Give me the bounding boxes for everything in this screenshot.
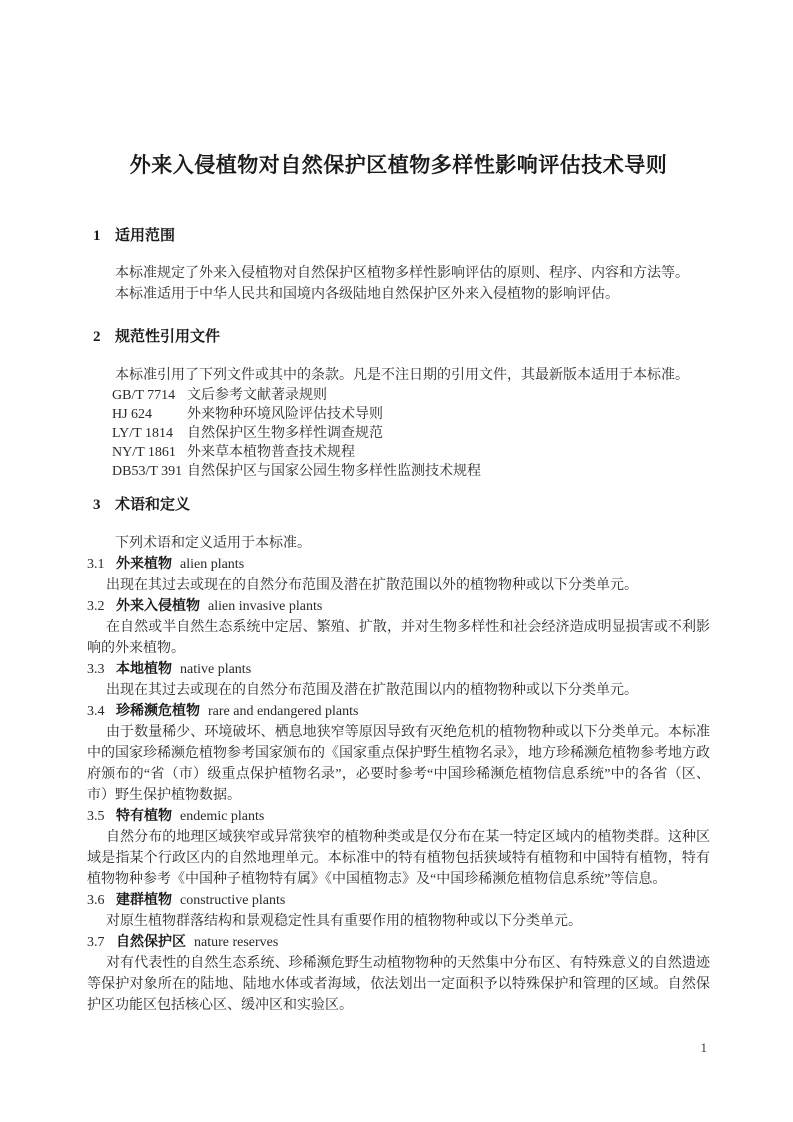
term-definition: 出现在其过去或现在的自然分布范围及潜在扩散范围以外的植物物种或以下分类单元。 xyxy=(87,575,710,596)
term-zh: 本地植物 xyxy=(116,662,172,677)
term-number: 3.2 xyxy=(87,596,116,617)
document-page: 外来入侵植物对自然保护区植物多样性影响评估技术导则 1适用范围 本标准规定了外来… xyxy=(0,0,793,1122)
term-number: 3.5 xyxy=(87,806,116,827)
reference-title: 文后参考文献著录规则 xyxy=(187,386,710,405)
term-zh: 建群植物 xyxy=(116,893,172,908)
term-definition: 对原生植物群落结构和景观稳定性具有重要作用的植物物种或以下分类单元。 xyxy=(87,911,710,932)
section-3-heading: 3术语和定义 xyxy=(87,495,710,516)
reference-code: LY/T 1814 xyxy=(112,424,187,443)
term-zh: 外来入侵植物 xyxy=(116,599,200,614)
term-zh: 珍稀濒危植物 xyxy=(116,704,200,719)
reference-title: 自然保护区生物多样性调查规范 xyxy=(187,424,710,443)
term-en: constructive plants xyxy=(180,893,285,908)
reference-row: GB/T 7714 文后参考文献著录规则 xyxy=(112,386,710,405)
section-2-title: 规范性引用文件 xyxy=(115,329,220,345)
term-definition: 出现在其过去或现在的自然分布范围及潜在扩散范围以内的植物物种或以下分类单元。 xyxy=(87,680,710,701)
term-en: alien invasive plants xyxy=(208,599,322,614)
term-en: endemic plants xyxy=(180,809,264,824)
term-definition: 对有代表性的自然生态系统、珍稀濒危野生动植物物种的天然集中分布区、有特殊意义的自… xyxy=(87,953,710,1016)
term-heading: 3.6建群植物constructive plants xyxy=(87,890,710,911)
term-en: rare and endangered plants xyxy=(208,704,358,719)
reference-title: 自然保护区与国家公园生物多样性监测技术规程 xyxy=(187,462,710,481)
section-1-paragraph: 本标准规定了外来入侵植物对自然保护区植物多样性影响评估的原则、程序、内容和方法等… xyxy=(87,263,710,284)
reference-code: GB/T 7714 xyxy=(112,386,187,405)
section-1-number: 1 xyxy=(93,226,115,247)
reference-title: 外来草本植物普查技术规程 xyxy=(187,443,710,462)
term-heading: 3.3本地植物native plants xyxy=(87,659,710,680)
term-number: 3.6 xyxy=(87,890,116,911)
term-definition: 在自然或半自然生态系统中定居、繁殖、扩散，并对生物多样性和社会经济造成明显损害或… xyxy=(87,617,710,659)
reference-row: HJ 624 外来物种环境风险评估技术导则 xyxy=(112,405,710,424)
term-number: 3.3 xyxy=(87,659,116,680)
term-heading: 3.7自然保护区nature reserves xyxy=(87,932,710,953)
term-zh: 特有植物 xyxy=(116,809,172,824)
page-number: 1 xyxy=(701,1040,708,1056)
term-heading: 3.2外来入侵植物alien invasive plants xyxy=(87,596,710,617)
term-definition: 自然分布的地理区域狭窄或异常狭窄的植物种类或是仅分布在某一特定区域内的植物类群。… xyxy=(87,827,710,890)
document-title: 外来入侵植物对自然保护区植物多样性影响评估技术导则 xyxy=(87,150,710,180)
section-2-number: 2 xyxy=(93,327,115,348)
term-definition: 由于数量稀少、环境破坏、栖息地狭窄等原因导致有灭绝危机的植物物种或以下分类单元。… xyxy=(87,722,710,806)
reference-code: NY/T 1861 xyxy=(112,443,187,462)
term-number: 3.1 xyxy=(87,554,116,575)
section-3-title: 术语和定义 xyxy=(115,497,190,513)
section-1-heading: 1适用范围 xyxy=(87,226,710,247)
term-en: native plants xyxy=(180,662,251,677)
section-1-paragraph: 本标准适用于中华人民共和国境内各级陆地自然保护区外来入侵植物的影响评估。 xyxy=(87,284,710,305)
reference-list: GB/T 7714 文后参考文献著录规则 HJ 624 外来物种环境风险评估技术… xyxy=(87,386,710,481)
reference-code: DB53/T 391 xyxy=(112,462,187,481)
term-zh: 外来植物 xyxy=(116,557,172,572)
section-2-heading: 2规范性引用文件 xyxy=(87,327,710,348)
term-heading: 3.5特有植物endemic plants xyxy=(87,806,710,827)
term-number: 3.7 xyxy=(87,932,116,953)
term-en: nature reserves xyxy=(194,935,278,950)
reference-title: 外来物种环境风险评估技术导则 xyxy=(187,405,710,424)
reference-row: DB53/T 391 自然保护区与国家公园生物多样性监测技术规程 xyxy=(112,462,710,481)
reference-code: HJ 624 xyxy=(112,405,187,424)
term-heading: 3.4珍稀濒危植物rare and endangered plants xyxy=(87,701,710,722)
section-2-intro: 本标准引用了下列文件或其中的条款。凡是不注日期的引用文件，其最新版本适用于本标准… xyxy=(87,365,710,386)
section-3-number: 3 xyxy=(93,495,115,516)
section-1-title: 适用范围 xyxy=(115,228,175,244)
reference-row: LY/T 1814 自然保护区生物多样性调查规范 xyxy=(112,424,710,443)
term-heading: 3.1外来植物alien plants xyxy=(87,554,710,575)
term-en: alien plants xyxy=(180,557,244,572)
reference-row: NY/T 1861 外来草本植物普查技术规程 xyxy=(112,443,710,462)
term-number: 3.4 xyxy=(87,701,116,722)
section-3-intro: 下列术语和定义适用于本标准。 xyxy=(87,533,710,554)
term-zh: 自然保护区 xyxy=(116,935,186,950)
